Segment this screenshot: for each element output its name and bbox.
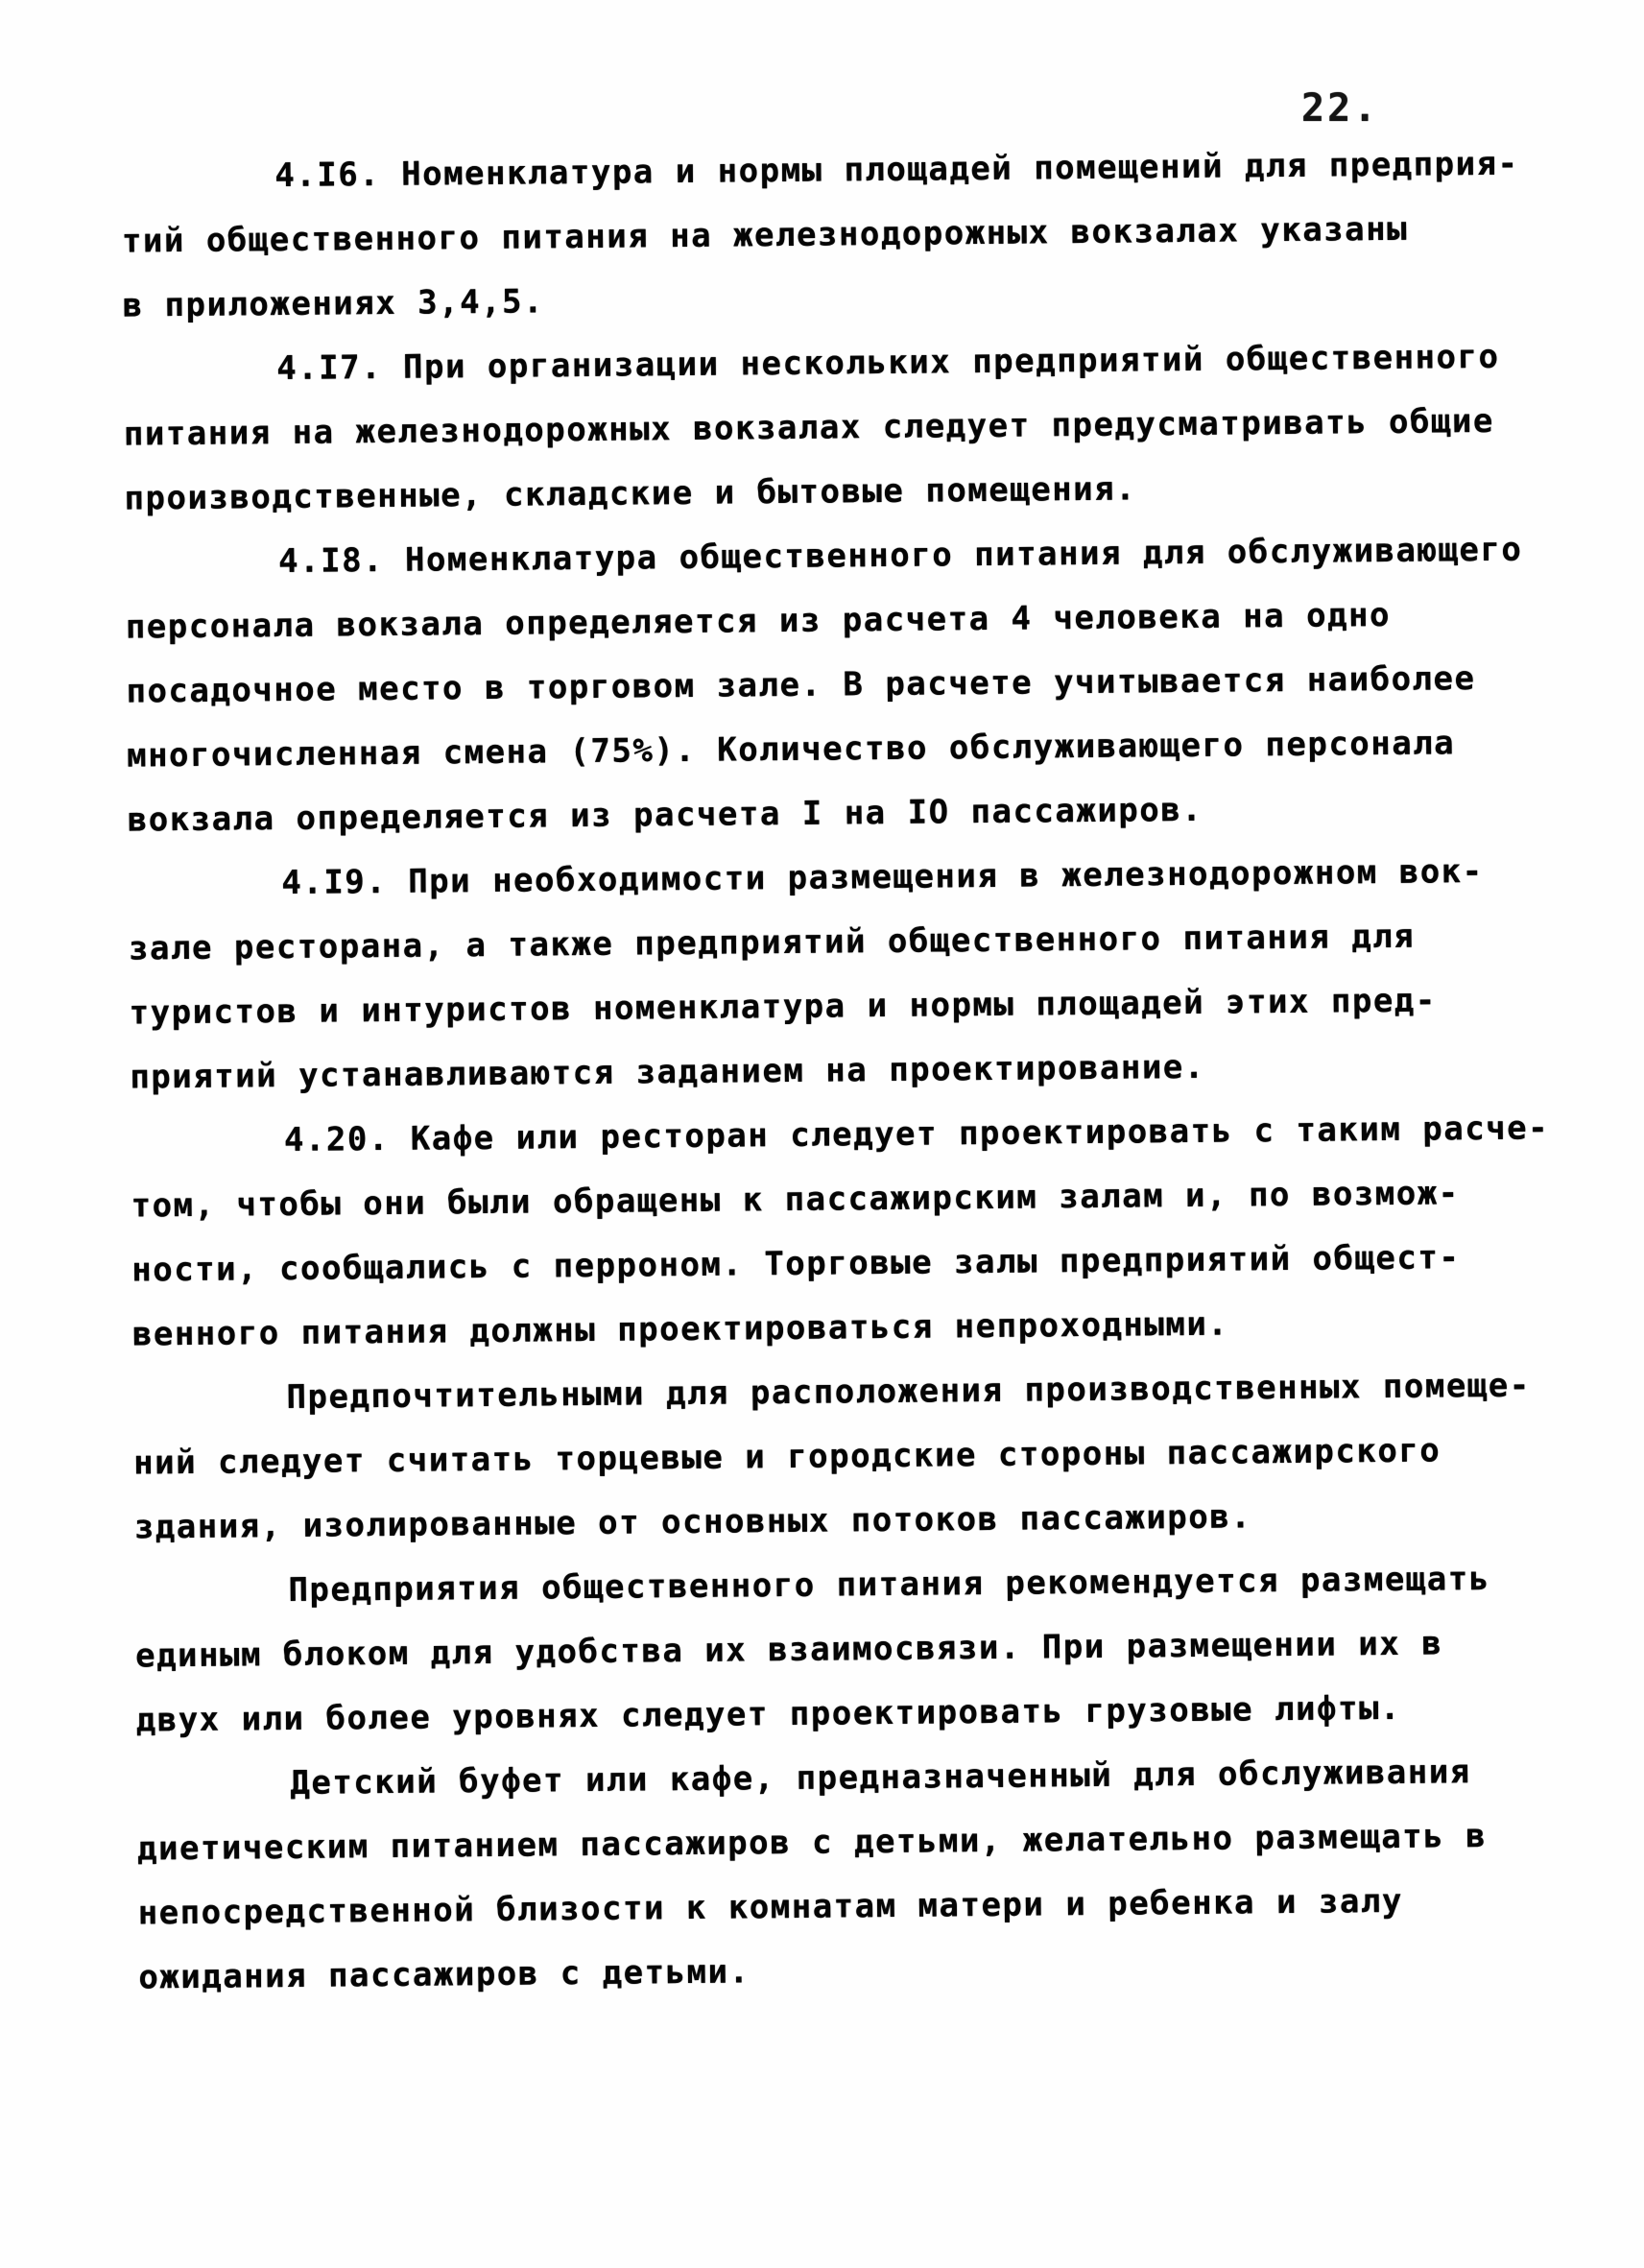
text-line: туристов и интуристов номенклатура и нор… (129, 968, 1531, 1046)
paragraph-single-block: Предприятия общественного питания рекоме… (134, 1547, 1537, 1754)
text-line: ности, сообщались с перроном. Торговые з… (131, 1226, 1534, 1303)
text-line: тий общественного питания на железнодоро… (122, 197, 1524, 275)
text-line: многочисленная смена (75%). Количество о… (127, 711, 1529, 789)
text-line: ний следует считать торцевые и городские… (133, 1419, 1536, 1496)
document-body: 4.I6. Номенклатура и нормы площадей поме… (121, 132, 1540, 2011)
paragraph-4-20: 4.20. Кафе или ресторан следует проектир… (131, 1097, 1535, 1368)
paragraph-4-17: 4.I7. При организации нескольких предпри… (123, 325, 1526, 532)
paragraph-4-18: 4.I8. Номенклатура общественного питания… (125, 518, 1529, 853)
paragraph-4-16: 4.I6. Номенклатура и нормы площадей поме… (121, 132, 1524, 339)
page-number: 22. (1301, 86, 1379, 131)
text-line: ожидания пассажиров с детьми. (138, 1933, 1540, 2011)
text-line: питания на железнодорожных вокзалах след… (124, 390, 1526, 467)
paragraph-children-cafe: Детский буфет или кафе, предназначенный … (136, 1740, 1540, 2011)
document-page: 22. 4.I6. Номенклатура и нормы площадей … (0, 0, 1644, 2268)
paragraph-production-rooms: Предпочтительными для расположения произ… (132, 1354, 1536, 1561)
text-line: непосредственной близости к комнатам мат… (137, 1869, 1539, 1946)
paragraph-4-19: 4.I9. При необходимости размещения в жел… (128, 840, 1532, 1110)
